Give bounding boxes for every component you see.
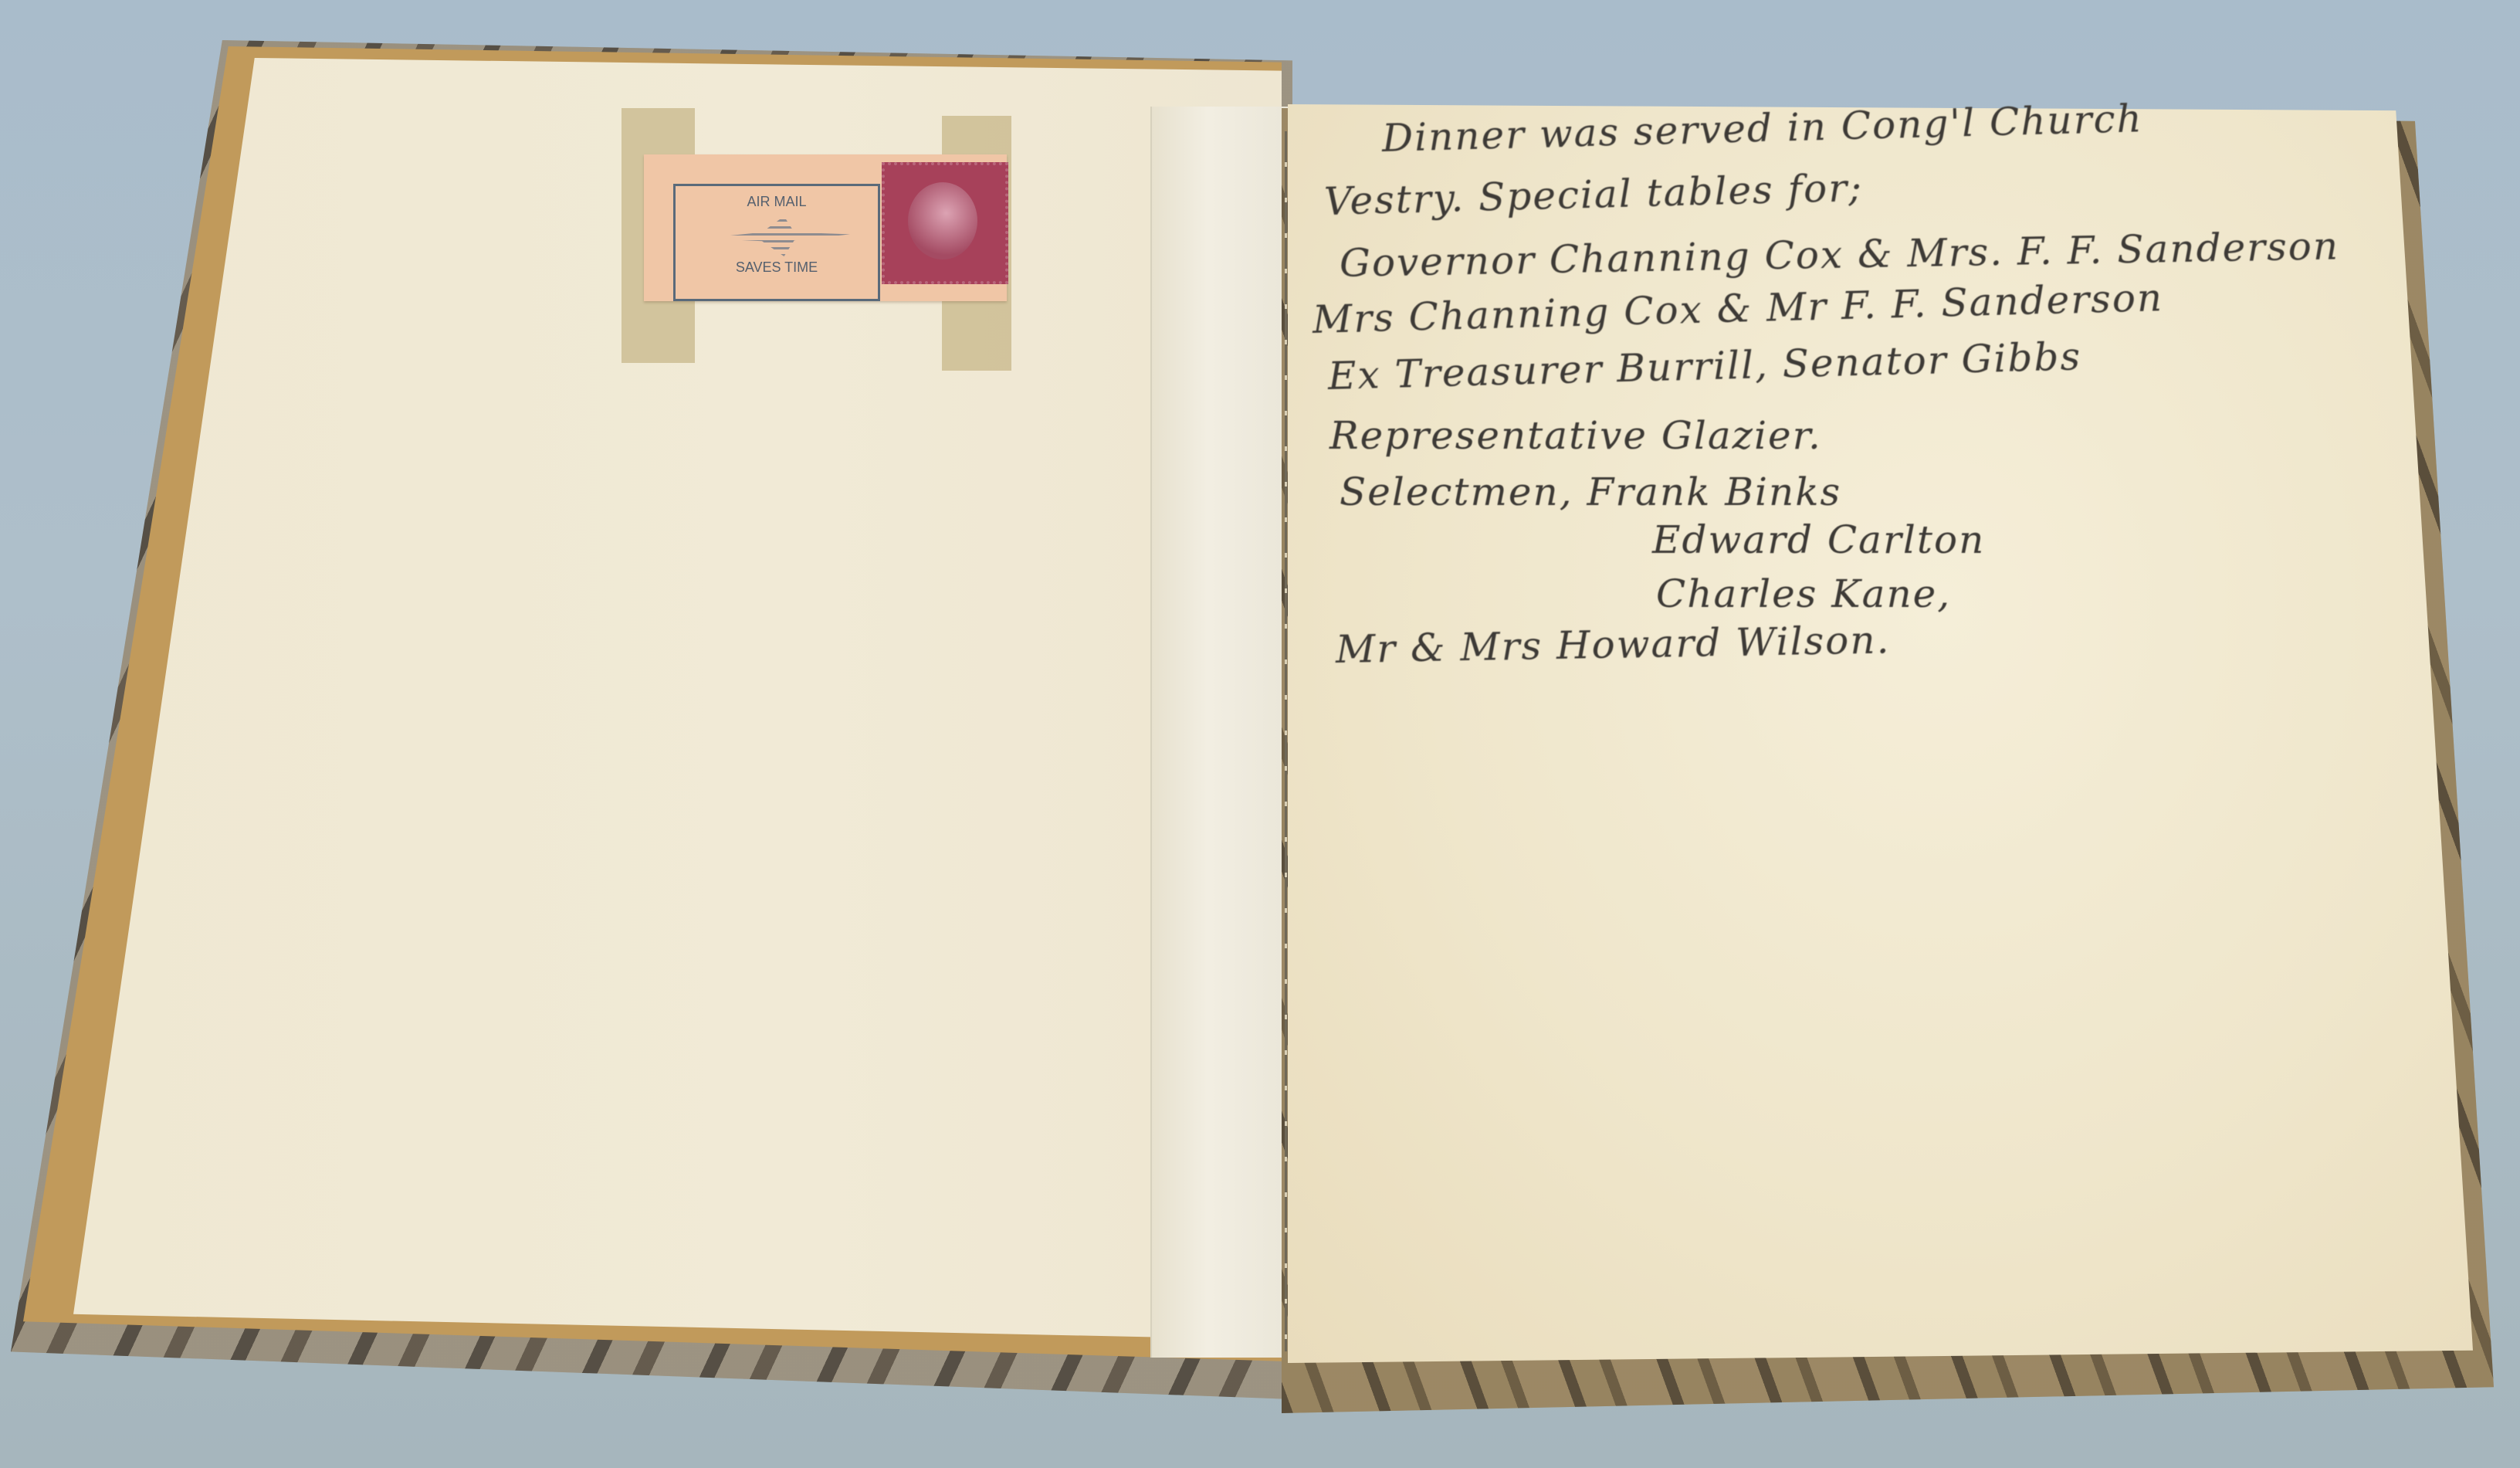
hw-line-8: Edward Carlton: [1652, 517, 1985, 562]
cachet-bottom-text: SAVES TIME: [676, 259, 878, 276]
hw-line-7: Selectmen, Frank Binks: [1340, 470, 1841, 514]
binding-stitches: [1285, 131, 1287, 1351]
hw-line-9: Charles Kane,: [1656, 571, 1951, 616]
air-mail-cachet: AIR MAIL SAVES TIME: [673, 184, 880, 301]
washington-portrait-icon: [908, 182, 977, 259]
hinge-strip: [1150, 107, 1291, 1358]
washington-postage-stamp: [882, 162, 1008, 284]
hw-line-6: Representative Glazier.: [1329, 413, 1822, 458]
cachet-top-text: AIR MAIL: [676, 194, 878, 210]
airplane-icon: [703, 216, 850, 256]
